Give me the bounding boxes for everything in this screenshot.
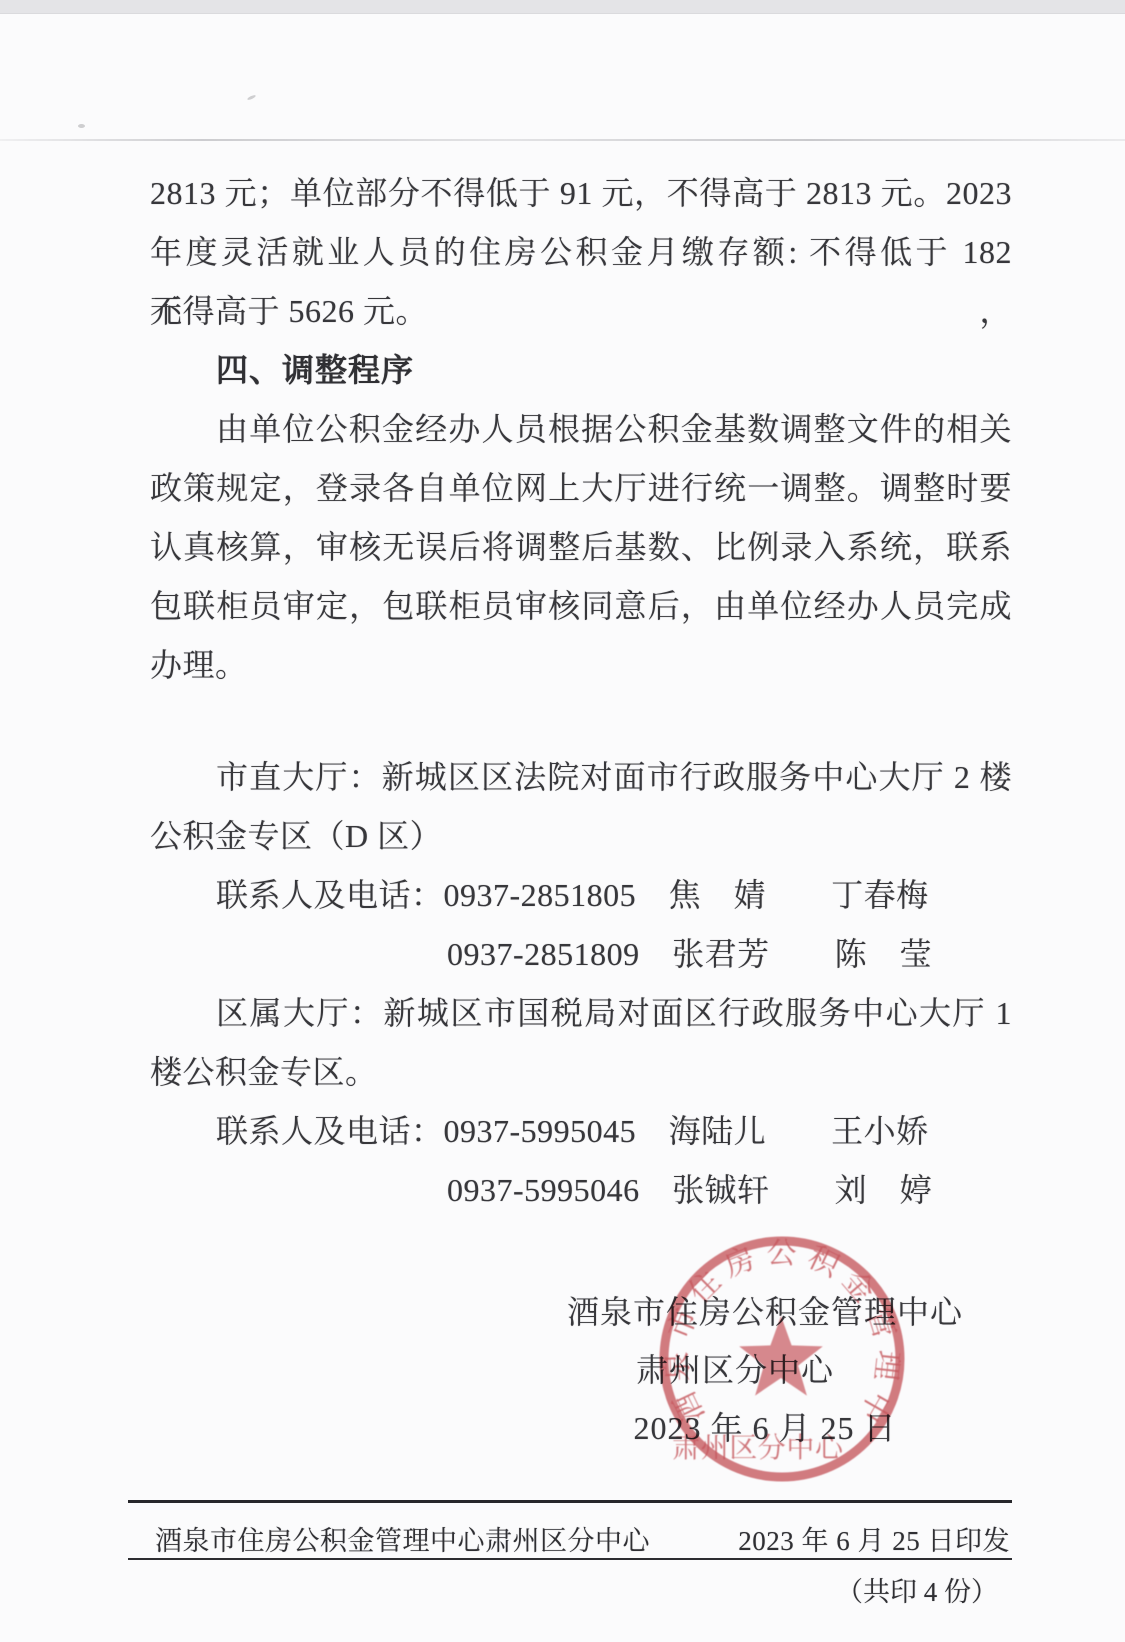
scan-speck — [247, 94, 256, 101]
hall-address-line: 区属大厅：新城区市国税局对面区行政服务中心大厅 1 — [150, 984, 1012, 1043]
footer-bottom-rule — [128, 1558, 1012, 1560]
body-line: 包联柜员审定，包联柜员审核同意后，由单位经办人员完成 — [150, 577, 1012, 636]
contact-line: 联系人及电话：0937-5995045 海陆儿 王小娇 — [150, 1102, 1012, 1161]
seal-bottom-text: 肃州区分中心 — [672, 1432, 844, 1464]
footer-issuer: 酒泉市住房公积金管理中心肃州区分中心 — [155, 1523, 650, 1559]
hall-address-line: 公积金专区（D 区） — [150, 807, 1012, 866]
body-line: 办理。 — [150, 636, 1012, 695]
body-text-block-2: 市直大厅：新城区区法院对面市行政服务中心大厅 2 楼 公积金专区（D 区） 联系… — [150, 748, 1012, 1220]
body-line: 由单位公积金经办人员根据公积金基数调整文件的相关 — [150, 400, 1012, 459]
scan-edge-strip — [0, 0, 1125, 14]
official-red-seal: 酒泉市住房公积金管理中心 肃州区分中心 — [655, 1231, 909, 1487]
seal-star-icon — [739, 1316, 823, 1396]
footer-top-rule — [128, 1500, 1012, 1503]
scan-artifact-line — [0, 139, 1125, 141]
footer-row: 酒泉市住房公积金管理中心肃州区分中心 2023 年 6 月 25 日印发 — [128, 1523, 1012, 1559]
contact-line: 0937-2851809 张君芳 陈 莹 — [150, 925, 1012, 984]
body-line: 政策规定，登录各自单位网上大厅进行统一调整。调整时要 — [150, 459, 1012, 518]
body-text-block-1: 2813 元；单位部分不得低于 91 元，不得高于 2813 元。2023 年度… — [150, 164, 1012, 695]
scan-speck — [78, 124, 85, 128]
hall-address-line: 楼公积金专区。 — [150, 1043, 1012, 1102]
body-line: 年度灵活就业人员的住房公积金月缴存额: 不得低于 182 元， — [150, 223, 1012, 282]
contact-line: 联系人及电话：0937-2851805 焦 婧 丁春梅 — [150, 866, 1012, 925]
contact-line: 0937-5995046 张铖轩 刘 婷 — [150, 1161, 1012, 1220]
hall-address-line: 市直大厅：新城区区法院对面市行政服务中心大厅 2 楼 — [150, 748, 1012, 807]
footer-print-date: 2023 年 6 月 25 日印发 — [738, 1523, 1010, 1559]
body-line: 2813 元；单位部分不得低于 91 元，不得高于 2813 元。2023 — [150, 164, 1012, 223]
body-line: 认真核算，审核无误后将调整后基数、比例录入系统，联系 — [150, 518, 1012, 577]
scanned-document-page: 2813 元；单位部分不得低于 91 元，不得高于 2813 元。2023 年度… — [0, 0, 1125, 1642]
footer-copies-text: （共印 4 份） — [836, 1577, 998, 1607]
footer-copies: （共印 4 份） — [128, 1572, 1012, 1612]
section-heading: 四、调整程序 — [150, 341, 1012, 400]
